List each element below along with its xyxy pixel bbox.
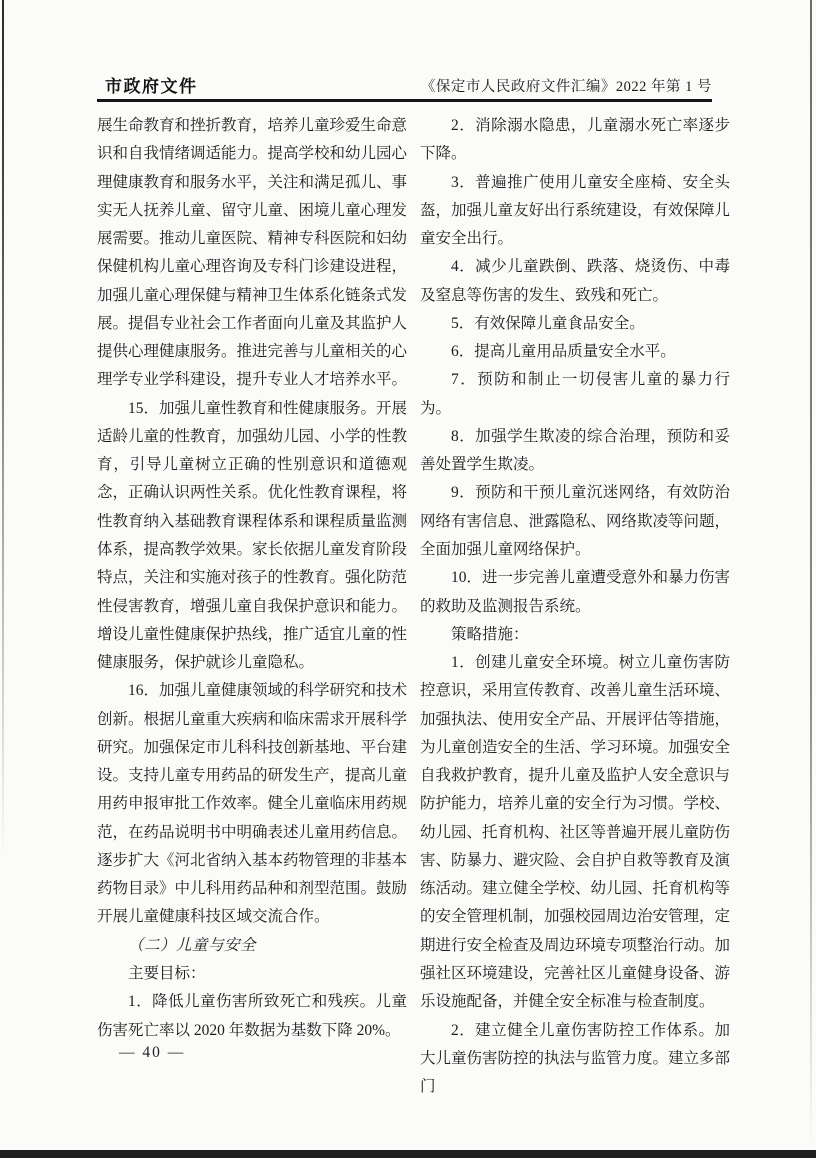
scan-edge-right	[810, 0, 812, 1150]
paragraph: 2．消除溺水隐患，儿童溺水死亡率逐步下降。	[420, 112, 730, 169]
paragraph: 10．进一步完善儿童遭受意外和暴力伤害的救助及监测报告系统。	[420, 564, 730, 621]
paragraph: 展生命教育和挫折教育，培养儿童珍爱生命意识和自我情绪调适能力。提高学校和幼儿园心…	[97, 112, 407, 395]
paragraph: 6．提高儿童用品质量安全水平。	[420, 338, 730, 366]
scan-edge-left	[2, 0, 4, 860]
page-number: — 40 —	[119, 1044, 185, 1062]
paragraph: 3．普遍推广使用儿童安全座椅、安全头盔，加强儿童友好出行系统建设，有效保障儿童安…	[420, 169, 730, 254]
paragraph: 7．预防和制止一切侵害儿童的暴力行为。	[420, 366, 730, 423]
paragraph: 主要目标：	[97, 960, 407, 988]
paragraph: 1．创建儿童安全环境。树立儿童伤害防控意识，采用宣传教育、改善儿童生活环境、加强…	[420, 649, 730, 1016]
header-section-label: 市政府文件	[105, 72, 198, 97]
page: { "header": { "section_label": "市政府文件", …	[0, 0, 816, 1158]
paragraph: 9．预防和干预儿童沉迷网络，有效防治网络有害信息、泄露隐私、网络欺凌等问题，全面…	[420, 479, 730, 564]
header-rule	[97, 99, 712, 102]
paragraph: 4．减少儿童跌倒、跌落、烧烫伤、中毒及窒息等伤害的发生、致残和死亡。	[420, 253, 730, 310]
left-column: 展生命教育和挫折教育，培养儿童珍爱生命意识和自我情绪调适能力。提高学校和幼儿园心…	[97, 112, 407, 1045]
paragraph: 16．加强儿童健康领域的科学研究和技术创新。根据儿童重大疾病和临床需求开展科学研…	[97, 677, 407, 931]
paragraph: 策略措施：	[420, 621, 730, 649]
right-column: 2．消除溺水隐患，儿童溺水死亡率逐步下降。3．普遍推广使用儿童安全座椅、安全头盔…	[420, 112, 730, 1101]
section-heading: （二）儿童与安全	[97, 932, 407, 960]
paragraph: 5．有效保障儿童食品安全。	[420, 310, 730, 338]
paragraph: 2．建立健全儿童伤害防控工作体系。加大儿童伤害防控的执法与监管力度。建立多部门	[420, 1017, 730, 1102]
paragraph: 15．加强儿童性教育和性健康服务。开展适龄儿童的性教育，加强幼儿园、小学的性教育…	[97, 395, 407, 678]
page-header: 市政府文件 《保定市人民政府文件汇编》2022 年第 1 号	[97, 72, 712, 97]
paragraph: 8．加强学生欺凌的综合治理，预防和妥善处置学生欺凌。	[420, 423, 730, 480]
header-compilation-title: 《保定市人民政府文件汇编》2022 年第 1 号	[421, 75, 712, 97]
scan-edge-bottom	[0, 1150, 816, 1158]
paragraph: 1．降低儿童伤害所致死亡和残疾。儿童伤害死亡率以 2020 年数据为基数下降 2…	[97, 988, 407, 1045]
